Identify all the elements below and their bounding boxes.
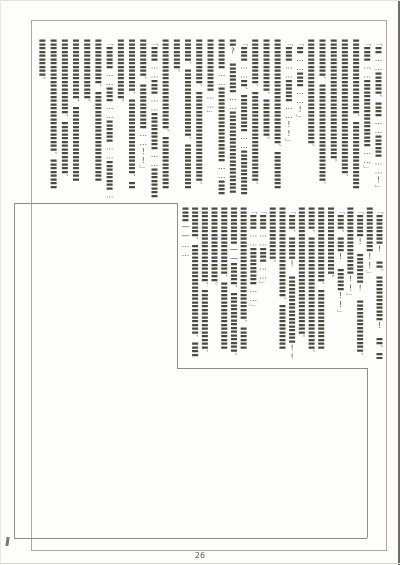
illustration-box-top-edge (14, 203, 177, 204)
text-column: 〓〓〓〓〓〓〓〓〓〓、〓〓〓〓〓〓〓〓〓 (350, 39, 361, 199)
text-column: 〓〓〓〓〓〓〓〓〓〓〓〓、〓〓〓〓〓〓〓 (160, 39, 171, 199)
text-column: 「〓〓〓……〓〓……〓〓〓……〓〓〓〓……!!」 (104, 39, 115, 199)
text-column: 「〓〓……〓、〓〓〓〓〓……〓〓〓〓〓〓 (238, 39, 249, 199)
text-column: 〓〓〓〓〓〓〓〓〓〓〓〓、〓〓〓〓〓〓 (277, 207, 287, 359)
text-column: 〓〓〓〓〓〓〓〓。 (82, 39, 93, 199)
text-column: 〓〓〓〓〓、〓〓〓〓〓〓……!!」 (138, 39, 149, 199)
text-column: 〓〓〓〓。 (171, 39, 182, 199)
text-column: 〓〓〓〓〓〓〓〓〓〓〓〓〓〓〓、〓〓〓 (238, 207, 248, 359)
text-column: 〓〓〓〓〓〓〓〓〓〓〓〓〓〓〓〓。 (328, 39, 339, 199)
illustration-box-left-edge (14, 203, 15, 538)
text-column: 〓〓〓、〓〓〓〓〓〓〓〓〓〓〓〓〓〓〓、 (306, 207, 316, 359)
bottom-text-block: 「〓〓〓〓! 〓、〓〓〓〓〓〓! 〓、〓〓〓〓〓〓〓〓!!」「〓〓〓! 〓〓〓〓… (180, 207, 384, 359)
text-column: 〓〓〓〓〓〓〓、〓〓〓〓〓〓〓〓〓〓、〓 (126, 39, 137, 199)
text-column: 〓〓〓〓〓〓〓〓、〓〓〓〓〓〓〓〓〓〓 (70, 39, 81, 199)
illustration-box-step-vertical-edge (177, 203, 178, 368)
text-column: 〓〓〓〓〓〓〓〓〓〓〓〓〓〓〓〓〓。 (297, 207, 307, 359)
illustration-box-right-edge (367, 368, 368, 538)
text-column: 〓〓〓〓〓〓〓〓。 (115, 39, 126, 199)
text-column: 「〓〓……〓〓……〓〓〓〓〓……〓〓〓〓 (149, 39, 160, 199)
text-column: 〓〓〓〓〓〓〓、〓〓〓〓〓。 (261, 39, 272, 199)
scan-edge-top (0, 0, 400, 1)
text-column: 「〓〓……〓〓……」 (258, 207, 268, 359)
text-column: 〓〓〓〓〓〓〓〓〓〓〓〓〓〓〓〓〓〓、 (339, 39, 350, 199)
text-column: 〓〓〓〓〓〓〓〓〓〓。 (209, 207, 219, 359)
text-column: 〓〓――…… (180, 207, 190, 359)
text-column: 〓〓〓〓〓〓〓……」 (205, 39, 216, 199)
text-column: 〓〓〓〓〓〓〓〓〓〓〓〓〓〓〓、〓〓〓〓 (48, 39, 59, 199)
text-column: 〓〓〓〓〓〓〓〓〓。 (326, 207, 336, 359)
text-column: 〓〓〓〓〓〓!!」 (365, 207, 375, 359)
text-column: 「〓〓、〓〓! 〓〓〓!!」 (335, 207, 345, 359)
text-column: 〓〓〓〓〓〓〓。 (268, 207, 278, 359)
scan-speck (5, 537, 9, 546)
illustration-box-bottom-edge (14, 538, 367, 539)
text-column: 「〓……〓〓〓、〓〓……〓〓〓……!」 (373, 39, 384, 199)
text-column: 〓〓〓〓〓〓〓〓〓〓、〓〓〓〓〓〓〓、 (59, 39, 70, 199)
illustration-box-step-horizontal-edge (177, 368, 367, 369)
text-column: 〓〓〓〓〓〓〓〓〓〓〓〓〓〓。 (306, 39, 317, 199)
text-column: 「〓〓……〓〓〓〓〓〓〓〓〓……」 (362, 39, 373, 199)
text-column: 〓〓〓〓〓〓〓〓〓〓、〓〓〓〓〓〓〓〓、 (200, 207, 210, 359)
text-column: 「〓〓〓〓! 〓、〓〓〓〓〓〓! 〓、〓〓 (374, 207, 384, 359)
text-column: 〓〓〓〓〓〓〓〓〓〓、〓〓〓〓〓〓〓〓 (316, 207, 326, 359)
text-column: 〓〓〓、〓〓〓〓〓〓〓〓〓、〓〓〓〓〓〓 (182, 39, 193, 199)
text-column: 「〓〓……〓〓〓〓〓……」 (248, 207, 258, 359)
scanned-page: 「〓……〓〓〓、〓〓……〓〓〓……!」「〓〓……〓〓〓〓〓〓〓〓〓……」〓〓〓〓… (0, 0, 400, 565)
page-number: 26 (188, 551, 212, 560)
text-column: 〓〓〓〓〓〓、〓〓〓〓〓〓〓〓〓〓〓〓。 (250, 39, 261, 199)
text-column: 「〓〓〓! 〓〓〓〓! 〓〓〓〓〓〓〓、〓 (355, 207, 365, 359)
text-column: 〓〓〓〓〓。 (37, 39, 48, 199)
text-column: 〓〓〓〓〓〓〓〓〓、〓〓〓〓〓〓〓〓〓 (219, 207, 229, 359)
text-column: 「〓〓……〓〓〓……!!」 (283, 39, 294, 199)
top-text-block: 「〓……〓〓〓、〓〓……〓〓〓……!」「〓〓……〓〓〓〓〓〓〓〓〓……」〓〓〓〓… (18, 39, 384, 199)
text-column: 〓〓〓〓……〓〓〓〓〓〓〓〓〓〓……〓〓 (216, 39, 227, 199)
scan-edge-bottom (0, 563, 400, 564)
text-column: 〓〓〓〓〓〓、〓〓〓〓〓〓〓〓〓〓〓〓。 (194, 39, 205, 199)
text-column: 「〓〓、〓〓〓! 〓〓〓〓〓〓〓〓〓!!」 (287, 207, 297, 359)
text-column: 〓〓〓〓〓〓〓〓〓〓〓〓〓〓、〓〓〓〓〓 (272, 39, 283, 199)
text-column: 〓〓〓〓〓〓〓〓〓!!」 (345, 207, 355, 359)
text-column: 〓〓〓〓、〓〓〓〓〓〓〓〓〓〓〓〓、〓〓 (190, 207, 200, 359)
text-column: 〓? 〓〓〓〓……〓〓〓〓〓〓〓〓〓〓〓 (227, 39, 238, 199)
scan-edge-left (0, 0, 1, 565)
text-column: 〓〓〓〓〓――〓〓〓、〓〓〓〓〓〓〓〓。 (229, 207, 239, 359)
text-column: 〓〓〓〓〓、〓〓〓〓〓〓〓〓〓〓〓〓〓、 (317, 39, 328, 199)
text-column: 「〓……〓〓……!」 (294, 39, 305, 199)
text-column: 〓〓〓〓〓〓、〓〓〓〓〓〓〓〓〓〓〓〓 (93, 39, 104, 199)
